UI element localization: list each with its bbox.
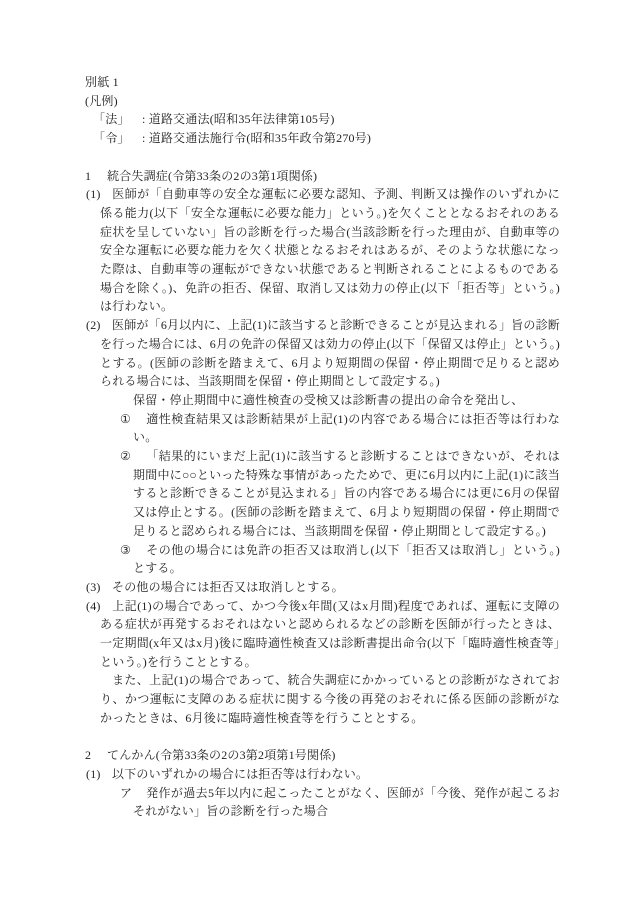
doc-text: 適性検査結果又は診断結果が上記(1)の内容である場合には拒否等は行わない。 [133,412,560,445]
numbered-item: (1)医師が「自動車等の安全な運転に必要な認知、予測、判断又は操作のいずれかに係… [85,185,560,316]
doc-text: 保留・停止期間中に適性検査の受検又は診断書の提出の命令を発出し、 [133,393,523,407]
doc-text: 別紙 1 [85,75,119,89]
section-heading: 2てんかん(令第33条の2の3第2項第1号関係) [85,746,560,765]
doc-text: 医師が「6月以内に、上記(1)に該当すると診断できることが見込まれる」旨の診断を… [100,318,560,388]
legend-definition: : 道路交通法(昭和35年法律第105号) [142,112,335,126]
doc-line: 別紙 1 [85,73,560,92]
doc-text: 上記(1)の場合であって、かつ今後x年間(又はx月間)程度であれば、運転に支障の… [100,599,560,669]
doc-text: てんかん(令第33条の2の3第2項第1号関係) [107,748,336,762]
numbered-item: (2)医師が「6月以内に、上記(1)に該当すると診断できることが見込まれる」旨の… [85,316,560,391]
doc-text: (凡例) [85,94,118,108]
doc-text: また、上記(1)の場合であって、統合失調症にかかっているとの診断がなされており、… [100,673,560,724]
blank-line [85,728,560,747]
numbered-item: (3)その他の場合には拒否又は取消しとする。 [85,578,560,597]
numbered-item: (4)上記(1)の場合であって、かつ今後x年間(又はx月間)程度であれば、運転に… [85,597,560,672]
legend-row: 「法」: 道路交通法(昭和35年法律第105号) [85,110,560,129]
doc-text: 統合失調症(令第33条の2の3第1項関係) [107,169,317,183]
item-paragraph: また、上記(1)の場合であって、統合失調症にかかっているとの診断がなされており、… [85,671,560,727]
numbered-item: (1)以下のいずれかの場合には拒否等は行わない。 [85,765,560,784]
section-heading: 1統合失調症(令第33条の2の3第1項関係) [85,167,560,186]
item-label: (1) [86,185,112,204]
item-label: ア [120,784,146,803]
doc-line: (凡例) [85,92,560,111]
item-label: (4) [86,597,112,616]
legend-definition: : 道路交通法施行令(昭和35年政令第270号) [142,131,371,145]
item-label: ③ [120,541,146,560]
item-label: (2) [86,316,112,335]
sub-list-item: ①適性検査結果又は診断結果が上記(1)の内容である場合には拒否等は行わない。 [85,410,560,447]
doc-text: 医師が「自動車等の安全な運転に必要な認知、予測、判断又は操作のいずれかに係る能力… [100,187,560,313]
section-number: 1 [85,167,107,186]
section-number: 2 [85,746,107,765]
doc-text: 以下のいずれかの場合には拒否等は行わない。 [112,767,368,781]
sub-list-item: ③その他の場合には免許の拒否又は取消し(以下「拒否又は取消し」という。)とする。 [85,541,560,578]
legend-term: 「法」 [93,110,142,129]
sub-list-item: ②「結果的にいまだ上記(1)に該当すると診断することはできないが、それは期間中に… [85,447,560,541]
legend-row: 「令」: 道路交通法施行令(昭和35年政令第270号) [85,129,560,148]
sub-list-item: ア発作が過去5年以内に起こったことがなく、医師が「今後、発作が起こるおそれがない… [85,784,560,821]
doc-text: 「結果的にいまだ上記(1)に該当すると診断することはできないが、それは期間中に○… [133,449,560,538]
doc-text: その他の場合には拒否又は取消しとする。 [112,580,344,594]
item-label: ① [120,410,146,429]
sub-paragraph: 保留・停止期間中に適性検査の受検又は診断書の提出の命令を発出し、 [85,391,560,410]
doc-text: その他の場合には免許の拒否又は取消し(以下「拒否又は取消し」という。)とする。 [133,543,560,576]
blank-line [85,148,560,167]
document-page: 別紙 1(凡例)「法」: 道路交通法(昭和35年法律第105号)「令」: 道路交… [0,0,630,903]
doc-text: 発作が過去5年以内に起こったことがなく、医師が「今後、発作が起こるおそれがない」… [133,786,560,819]
item-label: ② [120,447,146,466]
item-label: (1) [86,765,112,784]
legend-term: 「令」 [93,129,142,148]
item-label: (3) [86,578,112,597]
